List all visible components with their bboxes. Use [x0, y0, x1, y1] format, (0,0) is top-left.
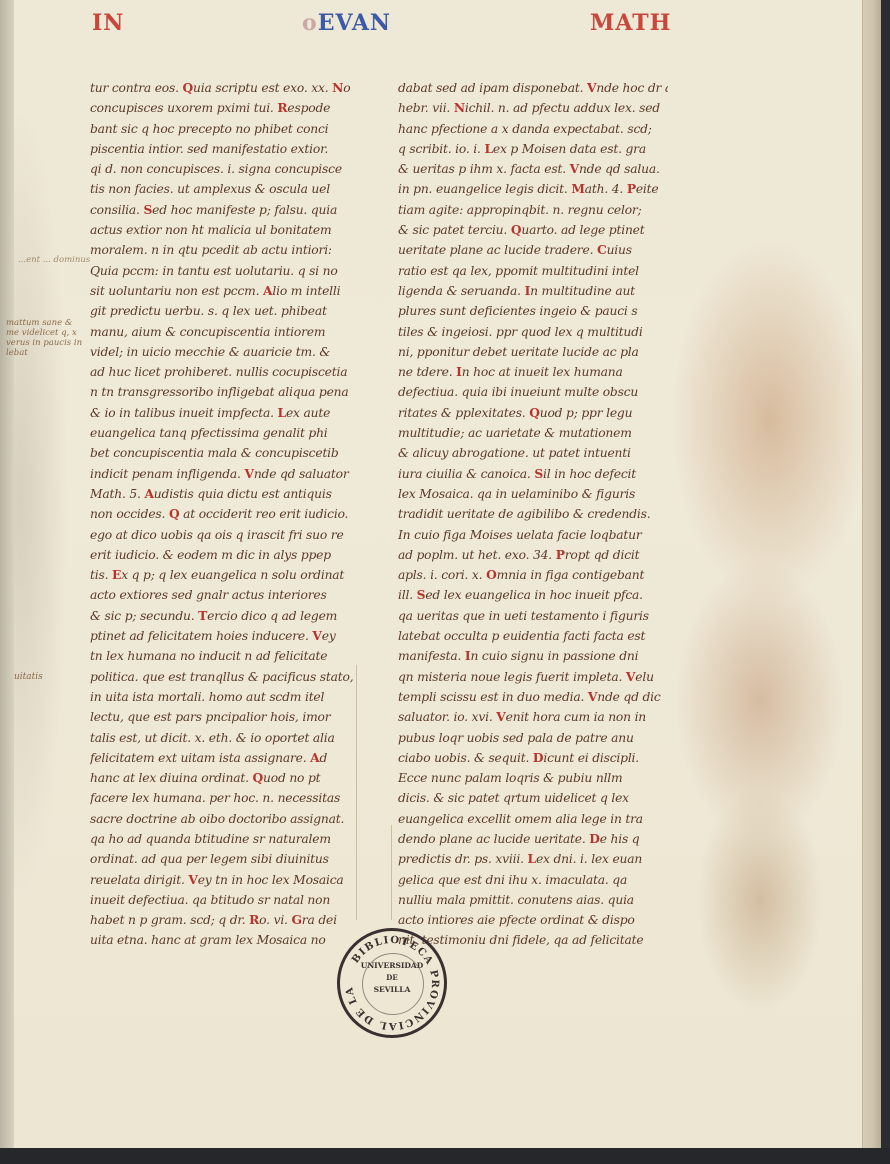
stamp-line: DE: [340, 973, 444, 982]
text-line: concupisces uxorem pximi tui. Respode: [90, 98, 360, 118]
background-shadow: [0, 1148, 890, 1164]
text-line: & sic patet terciu. Quarto. ad lege ptin…: [398, 220, 668, 240]
text-line: habet n p gram. scd; q dr. Ro. vi. Gra d…: [90, 910, 360, 930]
library-stamp: BIBLIOTECA PROVINCIAL DE LA UNIVERSIDAD …: [337, 928, 447, 1038]
text-line: ill. Sed lex euangelica in hoc inueit pf…: [398, 585, 668, 605]
text-line: nulliu mala pmittit. conutens aias. quia: [398, 890, 668, 910]
text-line: gelica que est dni ihu x. imaculata. qa: [398, 870, 668, 890]
margin-note: mattum sane & me videlicet q, x verus in…: [6, 318, 86, 358]
text-line: & alicuy abrogatione. ut patet intuenti: [398, 443, 668, 463]
running-head-center-text: EVAN: [318, 10, 391, 36]
text-line: latebat occulta p euidentia facti facta …: [398, 626, 668, 646]
text-line: euangelica tanq pfectissima genalit phi: [90, 423, 360, 443]
text-line: manifesta. In cuio signu in passione dni: [398, 646, 668, 666]
text-line: facere lex humana. per hoc. n. necessita…: [90, 788, 360, 808]
text-line: ueritate plane ac lucide tradere. Cuius: [398, 240, 668, 260]
running-head-left: IN: [92, 10, 124, 36]
text-line: piscentia intior. sed manifestatio extio…: [90, 139, 360, 159]
running-head-center-ghost: o: [302, 10, 318, 36]
text-line: qa ho ad quanda btitudine sr naturalem: [90, 829, 360, 849]
text-line: ptinet ad felicitatem hoies inducere. Ve…: [90, 626, 360, 646]
text-line: ritates & pplexitates. Quod p; ppr legu: [398, 403, 668, 423]
running-head-right: MATH: [590, 10, 671, 36]
text-line: reuelata dirigit. Vey tn in hoc lex Mosa…: [90, 870, 360, 890]
text-line: Ecce nunc palam loqris & pubiu nllm: [398, 768, 668, 788]
text-line: n tn transgressoribo infligebat aliqua p…: [90, 382, 360, 402]
text-line: apls. i. cori. x. Omnia in figa contigeb…: [398, 565, 668, 585]
text-line: euangelica excellit omem alia lege in tr…: [398, 809, 668, 829]
text-line: dabat sed ad ipam disponebat. Vnde hoc d…: [398, 78, 668, 98]
text-line: uita etna. hanc at gram lex Mosaica no: [90, 930, 360, 950]
text-line: tiam agite: appropinqbit. n. regnu celor…: [398, 200, 668, 220]
binding-gutter: [0, 0, 14, 1148]
text-line: sit uoluntariu non est pccm. Alio m inte…: [90, 281, 360, 301]
text-line: ego at dico uobis qa ois q irascit fri s…: [90, 525, 360, 545]
text-line: Quia pccm: in tantu est uolutariu. q si …: [90, 261, 360, 281]
text-line: predictis dr. ps. xviii. Lex dni. i. lex…: [398, 849, 668, 869]
text-line: dicis. & sic patet qrtum uidelicet q lex: [398, 788, 668, 808]
text-line: lectu, que est pars pncipalior hois, imo…: [90, 707, 360, 727]
text-line: multitudie; ac uarietate & mutationem: [398, 423, 668, 443]
right-text-column: dabat sed ad ipam disponebat. Vnde hoc d…: [398, 78, 668, 951]
text-line: tiles & ingeiosi. ppr quod lex q multitu…: [398, 322, 668, 342]
text-line: saluator. io. xvi. Venit hora cum ia non…: [398, 707, 668, 727]
text-line: ordinat. ad qua per legem sibi diuinitus: [90, 849, 360, 869]
text-line: acto extiores sed gnalr actus interiores: [90, 585, 360, 605]
text-line: bet concupiscentia mala & concupiscetib: [90, 443, 360, 463]
text-line: hanc at lex diuina ordinat. Quod no pt: [90, 768, 360, 788]
text-line: indicit penam infligenda. Vnde qd saluat…: [90, 464, 360, 484]
text-line: qa ueritas que in ueti testamento i figu…: [398, 606, 668, 626]
text-line: & sic p; secundu. Tercio dico q ad legem: [90, 606, 360, 626]
text-line: tur contra eos. Quia scriptu est exo. xx…: [90, 78, 360, 98]
text-line: manu, aium & concupiscentia intiorem: [90, 322, 360, 342]
text-line: Math. 5. Audistis quia dictu est antiqui…: [90, 484, 360, 504]
text-line: inueit defectiua. qa btitudo sr natal no…: [90, 890, 360, 910]
text-line: git predictu uerbu. s. q lex uet. phibea…: [90, 301, 360, 321]
margin-note: ...ent ... dominus: [18, 255, 90, 265]
text-line: & ueritas p ihm x. facta est. Vnde qd sa…: [398, 159, 668, 179]
text-line: q scribit. io. i. Lex p Moisen data est.…: [398, 139, 668, 159]
text-line: tis. Ex q p; q lex euangelica n solu ord…: [90, 565, 360, 585]
text-line: non occides. Q at occiderit reo erit iud…: [90, 504, 360, 524]
text-line: In cuio figa Moises uelata facie loqbatu…: [398, 525, 668, 545]
text-line: dendo plane ac lucide ueritate. De his q: [398, 829, 668, 849]
text-line: ni, pponitur debet ueritate lucide ac pl…: [398, 342, 668, 362]
stamp-line: UNIVERSIDAD: [340, 961, 444, 970]
text-line: ratio est qa lex, ppomit multitudini int…: [398, 261, 668, 281]
text-line: tn lex humana no inducit n ad felicitate: [90, 646, 360, 666]
text-line: bant sic q hoc precepto no phibet conci: [90, 119, 360, 139]
page-edge: [862, 0, 881, 1150]
text-line: ciabo uobis. & sequit. Dicunt ei discipl…: [398, 748, 668, 768]
text-line: erit iudicio. & eodem m dic in alys ppep: [90, 545, 360, 565]
text-line: felicitatem ext uitam ista assignare. Ad: [90, 748, 360, 768]
text-line: talis est, ut dicit. x. eth. & io oporte…: [90, 728, 360, 748]
text-line: lex Mosaica. qa in uelaminibo & figuris: [398, 484, 668, 504]
text-line: defectiua. quia ibi inueiunt multe obscu: [398, 382, 668, 402]
running-head-center: oEVAN: [302, 10, 391, 36]
text-line: acto intiores aie pfecte ordinat & dispo: [398, 910, 668, 930]
text-line: iura ciuilia & canoica. Sil in hoc defec…: [398, 464, 668, 484]
text-line: ad poplm. ut het. exo. 34. Propt qd dici…: [398, 545, 668, 565]
text-line: plures sunt deficientes ingeio & pauci s: [398, 301, 668, 321]
ruling-line: [391, 825, 392, 920]
text-line: tis non facies. ut amplexus & oscula uel: [90, 179, 360, 199]
text-line: hebr. vii. Nichil. n. ad pfectu addux le…: [398, 98, 668, 118]
text-line: qn misteria noue legis fuerit impleta. V…: [398, 667, 668, 687]
text-line: tradidit ueritate de agibilibo & credend…: [398, 504, 668, 524]
text-line: templi scissu est in duo media. Vnde qd …: [398, 687, 668, 707]
text-line: in pn. euangelice legis dicit. Math. 4. …: [398, 179, 668, 199]
text-line: sacre doctrine ab oibo doctoribo assigna…: [90, 809, 360, 829]
text-line: & io in talibus inueit impfecta. Lex aut…: [90, 403, 360, 423]
text-line: pubus loqr uobis sed pala de patre anu: [398, 728, 668, 748]
text-line: ligenda & seruanda. In multitudine aut: [398, 281, 668, 301]
stamp-line: SEVILLA: [340, 985, 444, 994]
text-line: qi d. non concupisces. i. signa concupis…: [90, 159, 360, 179]
text-line: ne tdere. In hoc at inueit lex humana: [398, 362, 668, 382]
text-line: politica. que est tranqllus & pacificus …: [90, 667, 360, 687]
text-line: moralem. n in qtu pcedit ab actu intiori…: [90, 240, 360, 260]
text-line: hanc pfectione a x danda expectabat. scd…: [398, 119, 668, 139]
text-line: actus extior non ht malicia ul bonitatem: [90, 220, 360, 240]
text-line: in uita ista mortali. homo aut scdm itel: [90, 687, 360, 707]
text-line: ad huc licet prohiberet. nullis cocupisc…: [90, 362, 360, 382]
left-text-column: tur contra eos. Quia scriptu est exo. xx…: [90, 78, 360, 951]
text-line: videl; in uicio mecchie & auaricie tm. &: [90, 342, 360, 362]
text-line: consilia. Sed hoc manifeste p; falsu. qu…: [90, 200, 360, 220]
margin-note: uitatis: [14, 672, 43, 682]
